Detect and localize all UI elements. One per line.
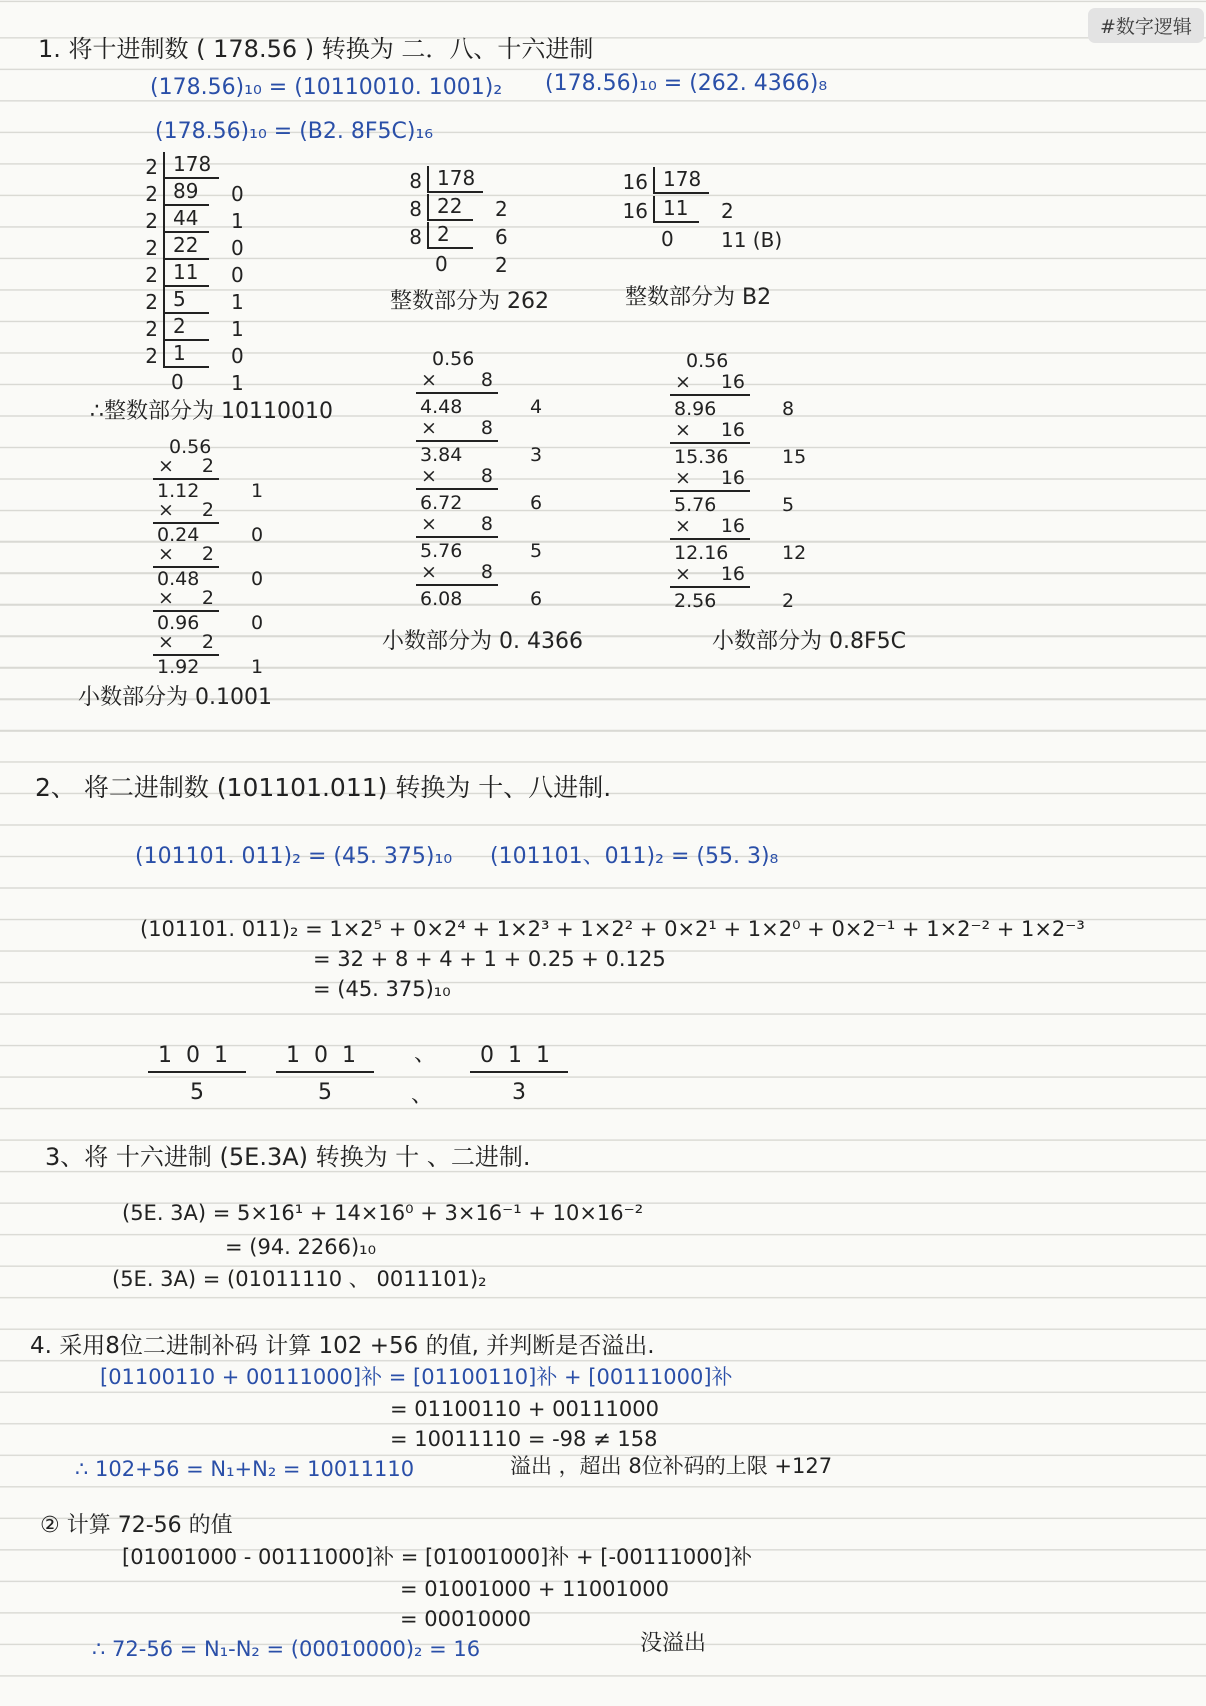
- q5-complement-line3: = 00010000: [400, 1606, 531, 1632]
- multiply-sign: ×: [158, 455, 174, 477]
- remainder: 2: [473, 197, 508, 221]
- remainder: 1: [209, 209, 244, 233]
- division-table-base16: 1617816112011 (B): [618, 165, 782, 252]
- product-row: 6.086: [416, 586, 542, 610]
- carry-digit: 4: [512, 396, 542, 418]
- multiply-sign: ×: [421, 417, 437, 439]
- divisor: 8: [392, 169, 427, 193]
- group-separator: 、、: [404, 1038, 440, 1109]
- quotient: 5: [163, 287, 209, 314]
- chain-start-value: 0.56: [416, 346, 542, 370]
- bit-group-value: 5: [276, 1073, 374, 1105]
- multiplier: 16: [721, 563, 745, 585]
- product: 5.76: [416, 540, 512, 562]
- product: 5.76: [670, 494, 764, 516]
- quotient: 0: [427, 252, 473, 277]
- carry-digit: 1: [233, 656, 263, 678]
- carry-digit: 1: [233, 480, 263, 502]
- multiply-sign: ×: [675, 371, 691, 393]
- multiplier: 8: [481, 465, 493, 487]
- multiply-sign: ×: [158, 499, 174, 521]
- quotient: 22: [163, 233, 209, 260]
- multiply-sign: ×: [421, 369, 437, 391]
- quotient: 178: [163, 152, 219, 179]
- multiplier: 16: [721, 371, 745, 393]
- q4-complement-line1: [01100110 + 00111000]补 = [01100110]补 + […: [100, 1364, 733, 1390]
- product: 2.56: [670, 590, 764, 612]
- multiply-line: ×2: [153, 502, 219, 524]
- carry-digit: 0: [233, 568, 263, 590]
- bit-group: 1015: [276, 1038, 374, 1109]
- product-row: 5.765: [670, 492, 806, 516]
- divisor: 2: [128, 263, 163, 287]
- bit-group-value: 3: [470, 1073, 568, 1105]
- divisor: 2: [128, 317, 163, 341]
- division-row: 210: [128, 341, 244, 368]
- q4-overflow-note: 溢出 ，超出 8位补码的上限 +127: [510, 1453, 832, 1479]
- quotient: 89: [163, 179, 209, 206]
- multiply-line: ×8: [416, 466, 498, 490]
- divisor: 16: [618, 199, 653, 223]
- q1-fraction-part-octal: 小数部分为 0. 4366: [382, 628, 583, 656]
- remainder: 0: [209, 263, 244, 287]
- multiply-line: ×16: [670, 372, 750, 396]
- divisor: 2: [128, 155, 163, 179]
- product-row: 5.765: [416, 538, 542, 562]
- multiply-sign: ×: [158, 543, 174, 565]
- multiplier: 8: [481, 513, 493, 535]
- multiplier: 16: [721, 419, 745, 441]
- bit-group-bits: 011: [470, 1038, 568, 1073]
- multiply-line: ×2: [153, 458, 219, 480]
- division-row: 2441: [128, 206, 244, 233]
- carry-digit: 15: [764, 446, 806, 468]
- multiply-sign: ×: [421, 561, 437, 583]
- q1-answer-hex: (178.56)₁₀ = (B2. 8F5C)₁₆: [155, 118, 433, 146]
- multiplier: 2: [202, 543, 214, 565]
- q4-complement-line3: = 10011110 = -98 ≠ 158: [390, 1426, 657, 1452]
- quotient: 1: [163, 341, 209, 368]
- divisor: 16: [618, 170, 653, 194]
- multiply-line: ×16: [670, 420, 750, 444]
- fraction-multiply-chain-base8: 0.56×84.484×83.843×86.726×85.765×86.086: [416, 346, 542, 610]
- product-row: 4.484: [416, 394, 542, 418]
- division-table-base8: 8178822282602: [392, 165, 508, 277]
- quotient: 2: [427, 222, 473, 249]
- multiply-sign: ×: [675, 467, 691, 489]
- q2-expansion-line1: (101101. 011)₂ = 1×2⁵ + 0×2⁴ + 1×2³ + 1×…: [140, 916, 1085, 942]
- product-row: 1.921: [153, 656, 263, 678]
- division-row: 16178: [618, 165, 782, 194]
- q4-complement-line2: = 01100110 + 00111000: [390, 1396, 659, 1422]
- carry-digit: 0: [233, 612, 263, 634]
- multiply-line: ×16: [670, 564, 750, 588]
- quotient: 178: [653, 167, 709, 194]
- divisor: 2: [128, 209, 163, 233]
- notebook-page: #数字逻辑 1. 将十进制数 ( 178.56 ) 转换为 二．八、十六进制 (…: [0, 0, 1206, 1706]
- q1-fraction-part-hex: 小数部分为 0.8F5C: [712, 628, 906, 656]
- divisor: 2: [128, 236, 163, 260]
- product: 3.84: [416, 444, 512, 466]
- division-row: 02: [392, 249, 508, 277]
- multiply-line: ×2: [153, 590, 219, 612]
- carry-digit: 3: [512, 444, 542, 466]
- divisor: 2: [128, 344, 163, 368]
- q1-answer-binary: (178.56)₁₀ = (10110010. 1001)₂: [150, 74, 502, 102]
- fraction-multiply-chain-base2: 0.56×21.121×20.240×20.480×20.960×21.921: [153, 436, 263, 678]
- remainder: 0: [209, 344, 244, 368]
- carry-digit: 2: [764, 590, 794, 612]
- division-row: 011 (B): [618, 223, 782, 252]
- remainder: 1: [209, 317, 244, 341]
- divisor: 8: [392, 225, 427, 249]
- product: 8.96: [670, 398, 764, 420]
- q5-complement-line2: = 01001000 + 11001000: [400, 1576, 669, 1602]
- multiply-sign: ×: [421, 513, 437, 535]
- multiplier: 2: [202, 499, 214, 521]
- quotient: 44: [163, 206, 209, 233]
- separator-bottom: 、: [404, 1071, 440, 1109]
- division-row: 826: [392, 221, 508, 249]
- multiply-sign: ×: [158, 587, 174, 609]
- q2-expansion-line3: = (45. 375)₁₀: [313, 976, 451, 1002]
- division-row: 16112: [618, 194, 782, 223]
- q2-title: 2、 将二进制数 (101101.011) 转换为 十、八进制.: [35, 772, 611, 803]
- division-row: 8222: [392, 193, 508, 221]
- remainder: 2: [699, 199, 734, 223]
- q2-expansion-line2: = 32 + 8 + 4 + 1 + 0.25 + 0.125: [313, 946, 666, 972]
- product-row: 3.843: [416, 442, 542, 466]
- multiply-sign: ×: [158, 631, 174, 653]
- multiply-line: ×8: [416, 562, 498, 586]
- carry-digit: 8: [764, 398, 794, 420]
- q5-complement-line1: [01001000 - 00111000]补 = [01001000]补 + […: [122, 1544, 752, 1570]
- multiply-line: ×2: [153, 634, 219, 656]
- topic-tag[interactable]: #数字逻辑: [1088, 8, 1204, 43]
- divisor: 2: [128, 182, 163, 206]
- multiplier: 2: [202, 587, 214, 609]
- q5-no-overflow-note: 没溢出: [640, 1630, 706, 1658]
- division-row: 251: [128, 287, 244, 314]
- product: 4.48: [416, 396, 512, 418]
- q1-integer-part-octal: 整数部分为 262: [390, 288, 549, 316]
- multiply-line: ×16: [670, 468, 750, 492]
- divisor: 8: [392, 197, 427, 221]
- multiply-sign: ×: [675, 419, 691, 441]
- carry-digit: 6: [512, 492, 542, 514]
- q3-expansion-line1: (5E. 3A) = 5×16¹ + 14×16⁰ + 3×16⁻¹ + 10×…: [122, 1200, 643, 1226]
- remainder: 2: [473, 253, 508, 277]
- quotient: 22: [427, 194, 473, 221]
- multiplier: 8: [481, 369, 493, 391]
- quotient: 11: [653, 196, 699, 223]
- bit-group-bits: 101: [148, 1038, 246, 1073]
- remainder: 6: [473, 225, 508, 249]
- q1-title: 1. 将十进制数 ( 178.56 ) 转换为 二．八、十六进制: [38, 34, 593, 64]
- multiply-line: ×8: [416, 418, 498, 442]
- q2-answer-octal: (101101、011)₂ = (55. 3)₈: [490, 843, 778, 871]
- product: 1.92: [153, 656, 233, 678]
- q4-conclusion: ∴ 102+56 = N₁+N₂ = 10011110: [75, 1456, 414, 1482]
- division-row: 2178: [128, 152, 244, 179]
- q1-fraction-part-binary: 小数部分为 0.1001: [78, 684, 272, 712]
- q4-title: 4. 采用8位二进制补码 计算 102 +56 的值, 并判断是否溢出.: [30, 1332, 655, 1361]
- multiply-sign: ×: [421, 465, 437, 487]
- quotient: 178: [427, 166, 483, 193]
- q5-title: ② 计算 72-56 的值: [40, 1512, 233, 1540]
- q3-binary-answer: (5E. 3A) = (01011110 、 0011101)₂: [112, 1266, 487, 1292]
- remainder: 0: [209, 236, 244, 260]
- division-row: 8178: [392, 165, 508, 193]
- carry-digit: 5: [764, 494, 794, 516]
- product-row: 2.562: [670, 588, 806, 612]
- multiply-sign: ×: [675, 563, 691, 585]
- carry-digit: 6: [512, 588, 542, 610]
- quotient: 2: [163, 314, 209, 341]
- separator-top: 、: [404, 1038, 440, 1071]
- remainder: 0: [209, 182, 244, 206]
- multiplier: 2: [202, 631, 214, 653]
- division-row: 221: [128, 314, 244, 341]
- quotient: 0: [653, 227, 699, 252]
- bit-group-value: 5: [148, 1073, 246, 1105]
- multiplier: 8: [481, 561, 493, 583]
- multiplier: 2: [202, 455, 214, 477]
- q3-expansion-line2: = (94. 2266)₁₀: [225, 1234, 376, 1260]
- product: 12.16: [670, 542, 764, 564]
- q2-answer-decimal: (101101. 011)₂ = (45. 375)₁₀: [135, 843, 452, 871]
- product: 15.36: [670, 446, 764, 468]
- multiply-sign: ×: [675, 515, 691, 537]
- multiply-line: ×2: [153, 546, 219, 568]
- division-row: 2220: [128, 233, 244, 260]
- multiplier: 16: [721, 467, 745, 489]
- division-table-base2: 2178289024412220211025122121001: [128, 152, 244, 395]
- q3-title: 3、将 十六进制 (5E.3A) 转换为 十 、二进制.: [45, 1142, 531, 1172]
- remainder: 11 (B): [699, 228, 782, 252]
- product-row: 8.968: [670, 396, 806, 420]
- fraction-multiply-chain-base16: 0.56×168.968×1615.3615×165.765×1612.1612…: [670, 348, 806, 612]
- bit-group: 1015: [148, 1038, 246, 1109]
- carry-digit: 12: [764, 542, 806, 564]
- divisor: 2: [128, 290, 163, 314]
- carry-digit: 5: [512, 540, 542, 562]
- q1-integer-part-hex: 整数部分为 B2: [625, 284, 771, 312]
- chain-start-value: 0.56: [670, 348, 806, 372]
- q1-answer-octal: (178.56)₁₀ = (262. 4366)₈: [545, 70, 827, 98]
- multiply-line: ×16: [670, 516, 750, 540]
- division-row: 2890: [128, 179, 244, 206]
- multiplier: 16: [721, 515, 745, 537]
- product: 6.08: [416, 588, 512, 610]
- multiplier: 8: [481, 417, 493, 439]
- quotient: 11: [163, 260, 209, 287]
- multiply-line: ×8: [416, 514, 498, 538]
- product-row: 12.1612: [670, 540, 806, 564]
- multiply-line: ×8: [416, 370, 498, 394]
- carry-digit: 0: [233, 524, 263, 546]
- bit-group-bits: 101: [276, 1038, 374, 1073]
- binary-grouping: 10151015、、0113: [148, 1038, 598, 1109]
- division-row: 2110: [128, 260, 244, 287]
- remainder: 1: [209, 290, 244, 314]
- product: 6.72: [416, 492, 512, 514]
- division-row: 01: [128, 368, 244, 395]
- quotient: 0: [163, 370, 209, 395]
- q1-integer-part-binary: ∴整数部分为 10110010: [90, 398, 333, 426]
- remainder: 1: [209, 371, 244, 395]
- q5-conclusion: ∴ 72-56 = N₁-N₂ = (00010000)₂ = 16: [92, 1636, 480, 1662]
- product-row: 6.726: [416, 490, 542, 514]
- bit-group: 0113: [470, 1038, 568, 1109]
- product-row: 15.3615: [670, 444, 806, 468]
